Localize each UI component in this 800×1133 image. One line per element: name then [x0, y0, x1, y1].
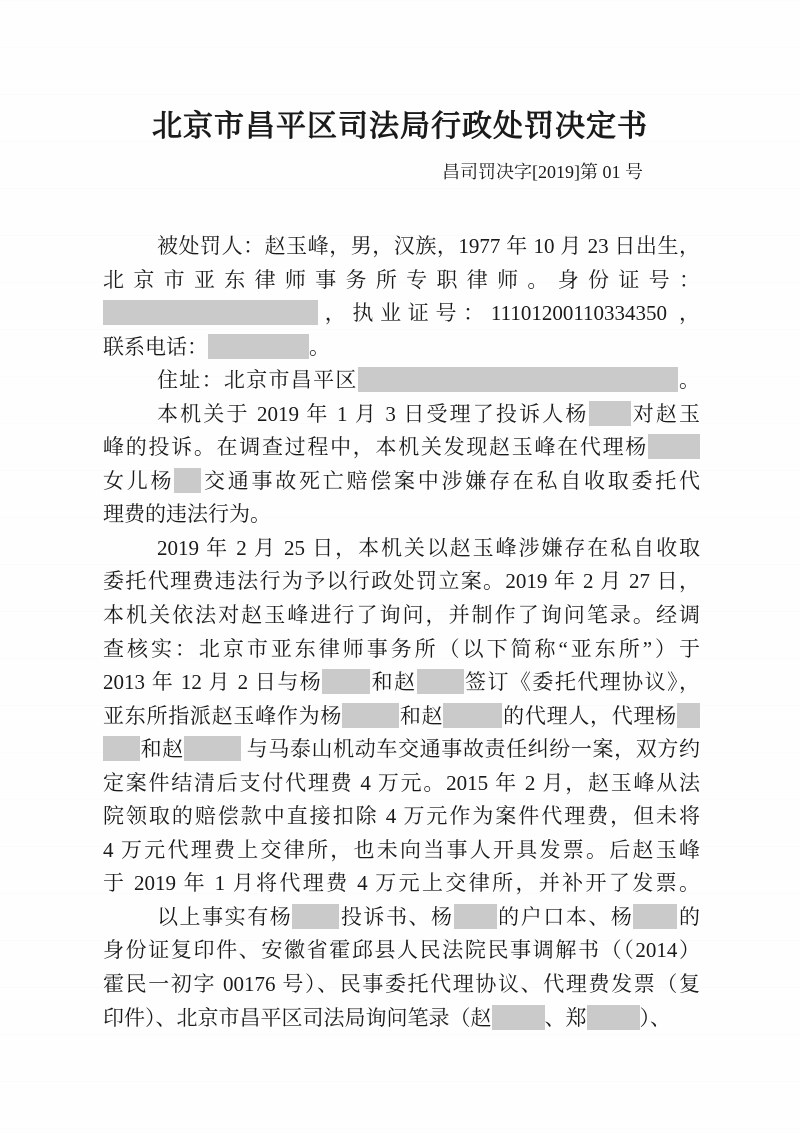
text-line: 和赵 与马泰山机动车交通事故责任纠纷一案，双方约 — [103, 733, 700, 767]
redaction-box — [342, 703, 399, 728]
text-line: 定案件结清后支付代理费 4 万元。2015 年 2 月，赵玉峰从法 — [103, 767, 700, 801]
text-line: 4 万元代理费上交律所，也未向当事人开具发票。后赵玉峰 — [103, 834, 700, 868]
text-line: 于 2019 年 1 月将代理费 4 万元上交律所，并补开了发票。 — [103, 867, 700, 901]
redaction-box — [648, 434, 700, 459]
text-line: 霍民一初字 00176 号）、民事委托代理协议、代理费发票（复 — [103, 968, 700, 1002]
text-line: 住址：北京市昌平区。 — [103, 364, 700, 398]
redaction-box — [103, 300, 318, 325]
redaction-box — [174, 468, 201, 493]
text-line: 北京市亚东律师事务所专职律师。身份证号： — [103, 264, 700, 298]
redaction-box — [492, 1005, 545, 1030]
document-number: 昌司罚决字[2019]第 01 号 — [0, 160, 643, 184]
document-body: 被处罚人：赵玉峰，男，汉族，1977 年 10 月 23 日出生，北京市亚东律师… — [103, 230, 700, 1035]
text-line: 院领取的赔偿款中直接扣除 4 万元作为案件代理费，但未将 — [103, 800, 700, 834]
text-line: 峰的投诉。在调查过程中，本机关发现赵玉峰在代理杨 — [103, 431, 700, 465]
redaction-box — [633, 904, 677, 929]
text-line: 身份证复印件、安徽省霍邱县人民法院民事调解书（（2014） — [103, 934, 700, 968]
redaction-box — [454, 904, 497, 929]
text-line: ，执业证号：11101200110334350 ， — [103, 297, 700, 331]
text-line: 查核实：北京市亚东律师事务所（以下简称“亚东所”）于 — [103, 633, 700, 667]
document-title: 北京市昌平区司法局行政处罚决定书 — [0, 108, 800, 146]
text-line: 本机关于 2019 年 1 月 3 日受理了投诉人杨对赵玉 — [103, 398, 700, 432]
redaction-box — [322, 669, 370, 694]
redaction-box — [358, 367, 678, 392]
document-page: 北京市昌平区司法局行政处罚决定书 昌司罚决字[2019]第 01 号 被处罚人：… — [0, 0, 800, 1133]
redaction-box — [292, 904, 339, 929]
text-line: 印件）、北京市昌平区司法局询问笔录（赵、郑）、 — [103, 1002, 700, 1036]
redaction-box — [443, 703, 502, 728]
text-line: 2019 年 2 月 25 日，本机关以赵玉峰涉嫌存在私自收取 — [103, 532, 700, 566]
redaction-box — [208, 334, 309, 359]
text-line: 以上事实有杨投诉书、杨的户口本、杨的 — [103, 901, 700, 935]
text-line: 2013 年 12 月 2 日与杨和赵签订《委托代理协议》， — [103, 666, 700, 700]
redaction-box — [184, 736, 241, 761]
redaction-box — [103, 736, 140, 761]
redaction-box — [587, 1005, 640, 1030]
redaction-box — [589, 401, 631, 426]
text-line: 委托代理费违法行为予以行政处罚立案。2019 年 2 月 27 日， — [103, 565, 700, 599]
text-line: 本机关依法对赵玉峰进行了询问，并制作了询问笔录。经调 — [103, 599, 700, 633]
redaction-box — [677, 703, 700, 728]
text-line: 被处罚人：赵玉峰，男，汉族，1977 年 10 月 23 日出生， — [103, 230, 700, 264]
text-line: 联系电话：。 — [103, 331, 700, 365]
redaction-box — [417, 669, 464, 694]
text-line: 亚东所指派赵玉峰作为杨和赵的代理人，代理杨 — [103, 700, 700, 734]
text-line: 理费的违法行为。 — [103, 498, 700, 532]
text-line: 女儿杨交通事故死亡赔偿案中涉嫌存在私自收取委托代 — [103, 465, 700, 499]
